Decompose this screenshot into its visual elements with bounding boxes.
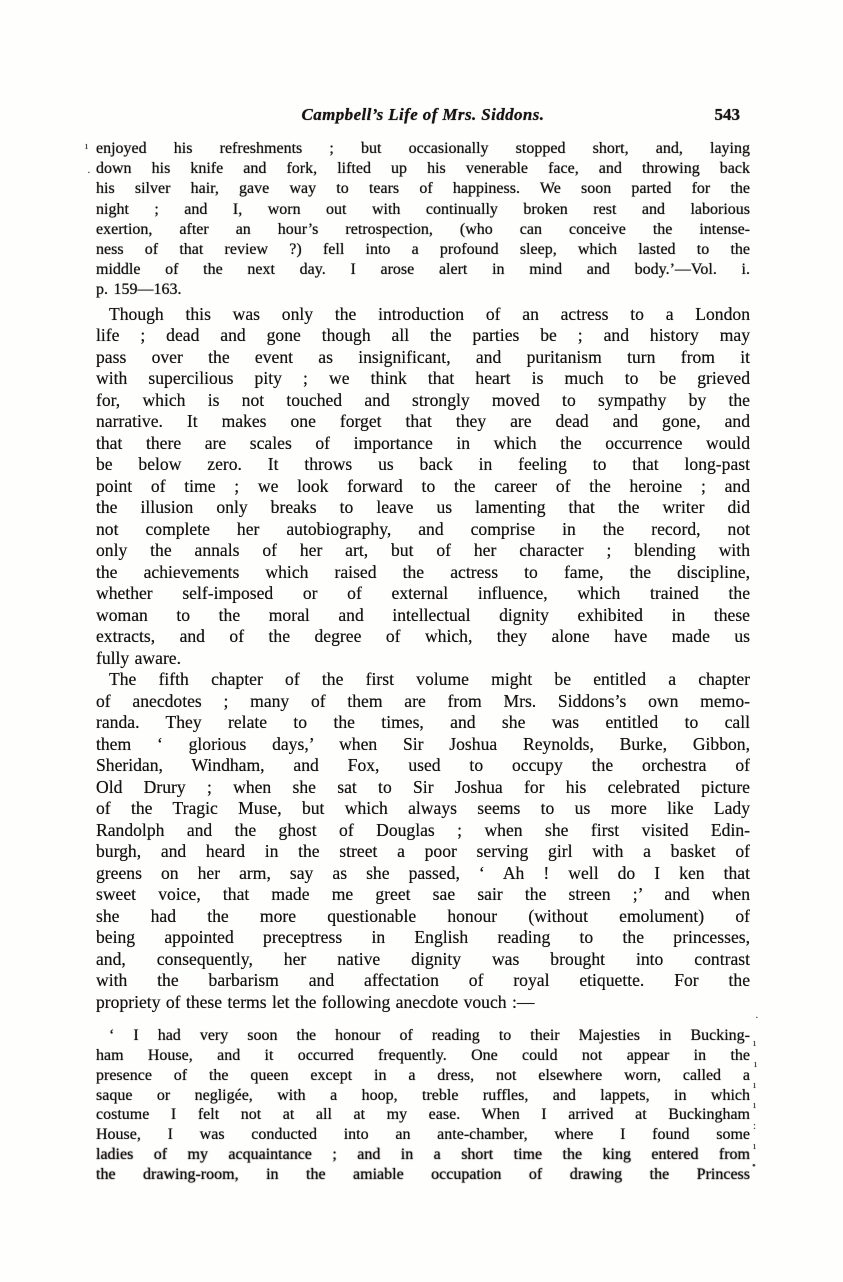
- text-line: sweet voice, that made me greet sae sair…: [96, 884, 750, 906]
- text-line: costume I felt not at all at my ease. Wh…: [96, 1105, 750, 1125]
- quoted-extract: ‘ I had very soon the honour of reading …: [96, 1026, 750, 1184]
- text-line: House, I was conducted into an ante-cham…: [96, 1125, 750, 1145]
- text-line: the illusion only breaks to leave us lam…: [96, 497, 750, 519]
- text-line: randa. They relate to the times, and she…: [96, 712, 750, 734]
- text-line: presence of the queen except in a dress,…: [96, 1066, 750, 1086]
- text-line: pass over the event as insignificant, an…: [96, 347, 750, 369]
- text-line: ness of that review ?) fell into a profo…: [96, 240, 750, 260]
- text-line: p. 159—163.: [96, 280, 750, 300]
- bleed-through-mark: ı: [85, 141, 88, 152]
- quoted-extract: enjoyed his refreshments ; but occasiona…: [96, 139, 750, 301]
- text-line: Old Drury ; when she sat to Sir Joshua f…: [96, 777, 750, 799]
- text-line: and, consequently, her native dignity wa…: [96, 949, 750, 971]
- scanned-book-page: Campbell’s Life of Mrs. Siddons. 543 enj…: [0, 0, 843, 1282]
- text-line: ladies of my acquaintance ; and in a sho…: [96, 1145, 750, 1165]
- text-line: of anecdotes ; many of them are from Mrs…: [96, 691, 750, 713]
- text-line: life ; dead and gone though all the part…: [96, 325, 750, 347]
- bleed-through-mark: ·: [755, 1013, 759, 1024]
- text-line: ham House, and it occurred frequently. O…: [96, 1046, 750, 1066]
- text-line: burgh, and heard in the street a poor se…: [96, 841, 750, 863]
- bleed-through-mark: ı: [753, 1141, 756, 1152]
- text-line: not complete her autobiography, and comp…: [96, 519, 750, 541]
- text-line: she had the more questionable honour (wi…: [96, 906, 750, 928]
- text-line: The fifth chapter of the first volume mi…: [96, 669, 750, 691]
- text-line: with supercilious pity ; we think that h…: [96, 368, 750, 390]
- page-header: Campbell’s Life of Mrs. Siddons. 543: [96, 104, 750, 125]
- text-block: Campbell’s Life of Mrs. Siddons. 543 enj…: [96, 104, 750, 1185]
- bleed-through-mark: •: [752, 1161, 756, 1172]
- text-line: ‘ I had very soon the honour of reading …: [96, 1026, 750, 1046]
- page-number: 543: [715, 104, 741, 125]
- text-line: woman to the moral and intellectual dign…: [96, 605, 750, 627]
- text-line: of the Tragic Muse, but which always see…: [96, 798, 750, 820]
- text-line: point of time ; we look forward to the c…: [96, 476, 750, 498]
- text-line: with the barbarism and affectation of ro…: [96, 970, 750, 992]
- text-line: saque or negligée, with a hoop, treble r…: [96, 1086, 750, 1106]
- text-line: that there are scales of importance in w…: [96, 433, 750, 455]
- text-line: down his knife and fork, lifted up his v…: [96, 159, 750, 179]
- bleed-through-mark: :: [753, 1121, 756, 1132]
- body-paragraph: Though this was only the introduction of…: [96, 304, 750, 670]
- text-line: his silver hair, gave way to tears of ha…: [96, 179, 750, 199]
- text-line: middle of the next day. I arose alert in…: [96, 260, 750, 280]
- text-line: for, which is not touched and strongly m…: [96, 390, 750, 412]
- text-line: whether self-imposed or of external infl…: [96, 583, 750, 605]
- text-line: enjoyed his refreshments ; but occasiona…: [96, 139, 750, 159]
- bleed-through-mark: ı: [753, 1080, 756, 1091]
- running-title: Campbell’s Life of Mrs. Siddons.: [96, 104, 750, 125]
- text-line: exertion, after an hour’s retrospection,…: [96, 220, 750, 240]
- bleed-through-mark: ı: [753, 1100, 756, 1111]
- text-line: only the annals of her art, but of her c…: [96, 540, 750, 562]
- text-line: Randolph and the ghost of Douglas ; when…: [96, 820, 750, 842]
- text-line: fully aware.: [96, 648, 750, 670]
- body-paragraph: The fifth chapter of the first volume mi…: [96, 669, 750, 1013]
- text-line: the achievements which raised the actres…: [96, 562, 750, 584]
- text-line: narrative. It makes one forget that they…: [96, 411, 750, 433]
- text-line: extracts, and of the degree of which, th…: [96, 626, 750, 648]
- page-text: enjoyed his refreshments ; but occasiona…: [96, 139, 750, 1185]
- text-line: propriety of these terms let the followi…: [96, 992, 750, 1014]
- text-line: be below zero. It throws us back in feel…: [96, 454, 750, 476]
- text-line: being appointed preceptress in English r…: [96, 927, 750, 949]
- bleed-through-mark: ı: [753, 1038, 756, 1049]
- text-line: Sheridan, Windham, and Fox, used to occu…: [96, 755, 750, 777]
- text-line: Though this was only the introduction of…: [96, 304, 750, 326]
- bleed-through-mark: ·: [87, 168, 91, 179]
- text-line: night ; and I, worn out with continually…: [96, 200, 750, 220]
- text-line: the drawing-room, in the amiable occupat…: [96, 1165, 750, 1185]
- text-line: greens on her arm, say as she passed, ‘ …: [96, 863, 750, 885]
- text-line: them ‘ glorious days,’ when Sir Joshua R…: [96, 734, 750, 756]
- bleed-through-mark: ı: [754, 1059, 757, 1070]
